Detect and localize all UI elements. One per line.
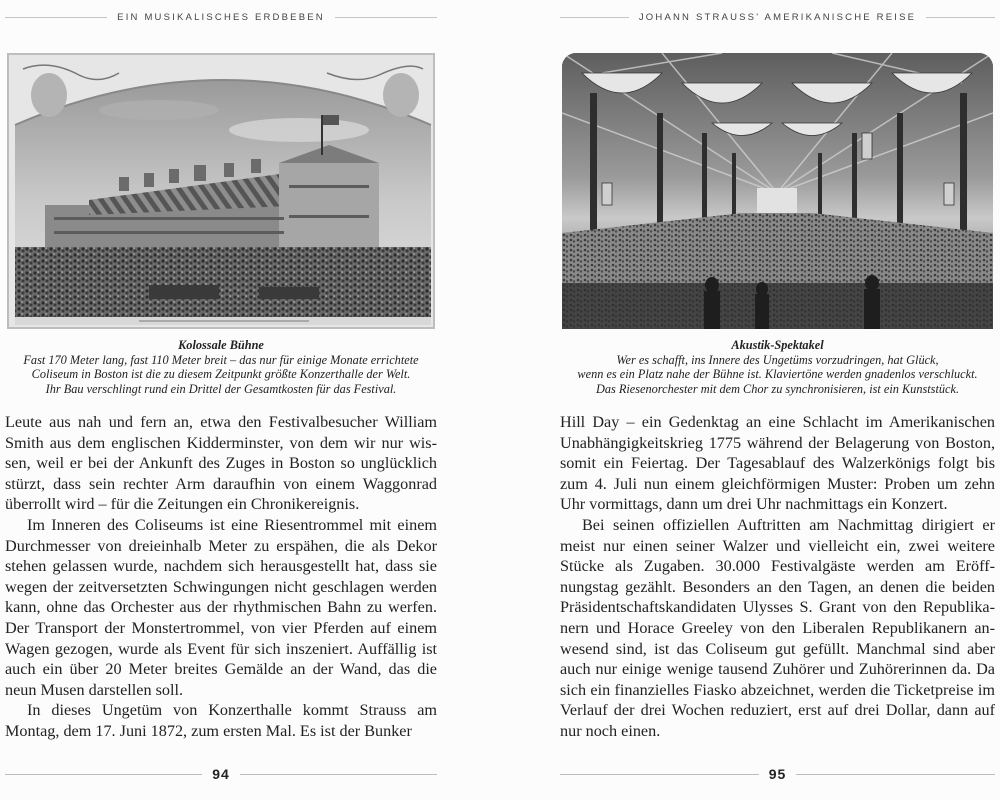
coliseum-interior-illustration	[562, 53, 993, 329]
coliseum-exterior-illustration	[7, 53, 435, 329]
page-footer: 94	[5, 766, 437, 782]
left-page: EIN MUSIKALISCHES ERDBEBEN	[5, 0, 437, 800]
caption-title: Kolossale Bühne	[5, 338, 437, 353]
footer-rule	[796, 774, 995, 775]
running-head-title: EIN MUSIKALISCHES ERDBEBEN	[117, 12, 325, 23]
engraving-coliseum-interior-icon	[562, 53, 993, 329]
body-text: Leute aus nah und fern an, etwa den Fest…	[5, 412, 437, 742]
running-head: JOHANN STRAUSS' AMERIKANISCHE REISE	[560, 12, 995, 23]
caption-line: Wer es schafft, ins Innere des Ungetüms …	[560, 353, 995, 368]
figure-caption: Kolossale Bühne Fast 170 Meter lang, fas…	[5, 338, 437, 396]
paragraph: Bei seinen offiziellen Auftritten am Nac…	[560, 515, 995, 742]
caption-line: Ihr Bau verschlingt rund ein Drittel der…	[5, 382, 437, 397]
caption-title: Akustik-Spektakel	[560, 338, 995, 353]
right-page: JOHANN STRAUSS' AMERIKANISCHE REISE	[560, 0, 995, 800]
page-number: 95	[769, 766, 787, 782]
engraving-coliseum-exterior-icon	[9, 55, 435, 327]
footer-rule	[560, 774, 759, 775]
figure-caption: Akustik-Spektakel Wer es schafft, ins In…	[560, 338, 995, 396]
caption-line: wenn es ein Platz nahe der Bühne ist. Kl…	[560, 367, 995, 382]
paragraph: Leute aus nah und fern an, etwa den Fest…	[5, 412, 437, 515]
running-head-title: JOHANN STRAUSS' AMERIKANISCHE REISE	[639, 12, 916, 23]
paragraph: Im Inneren des Coliseums ist eine Riesen…	[5, 515, 437, 700]
caption-line: Fast 170 Meter lang, fast 110 Meter brei…	[5, 353, 437, 368]
paragraph: Hill Day – ein Gedenktag an eine Schlach…	[560, 412, 995, 515]
footer-rule	[5, 774, 202, 775]
page-footer: 95	[560, 766, 995, 782]
header-rule	[926, 17, 995, 18]
header-rule	[335, 17, 437, 18]
caption-line: Das Riesenorchester mit dem Chor zu sync…	[560, 382, 995, 397]
running-head: EIN MUSIKALISCHES ERDBEBEN	[5, 12, 437, 23]
page-number: 94	[212, 766, 230, 782]
caption-line: Coliseum in Boston ist die zu diesem Zei…	[5, 367, 437, 382]
header-rule	[5, 17, 107, 18]
header-rule	[560, 17, 629, 18]
body-text: Hill Day – ein Gedenktag an eine Schlach…	[560, 412, 995, 742]
footer-rule	[240, 774, 437, 775]
paragraph: In dieses Ungetüm von Konzerthalle kommt…	[5, 700, 437, 741]
